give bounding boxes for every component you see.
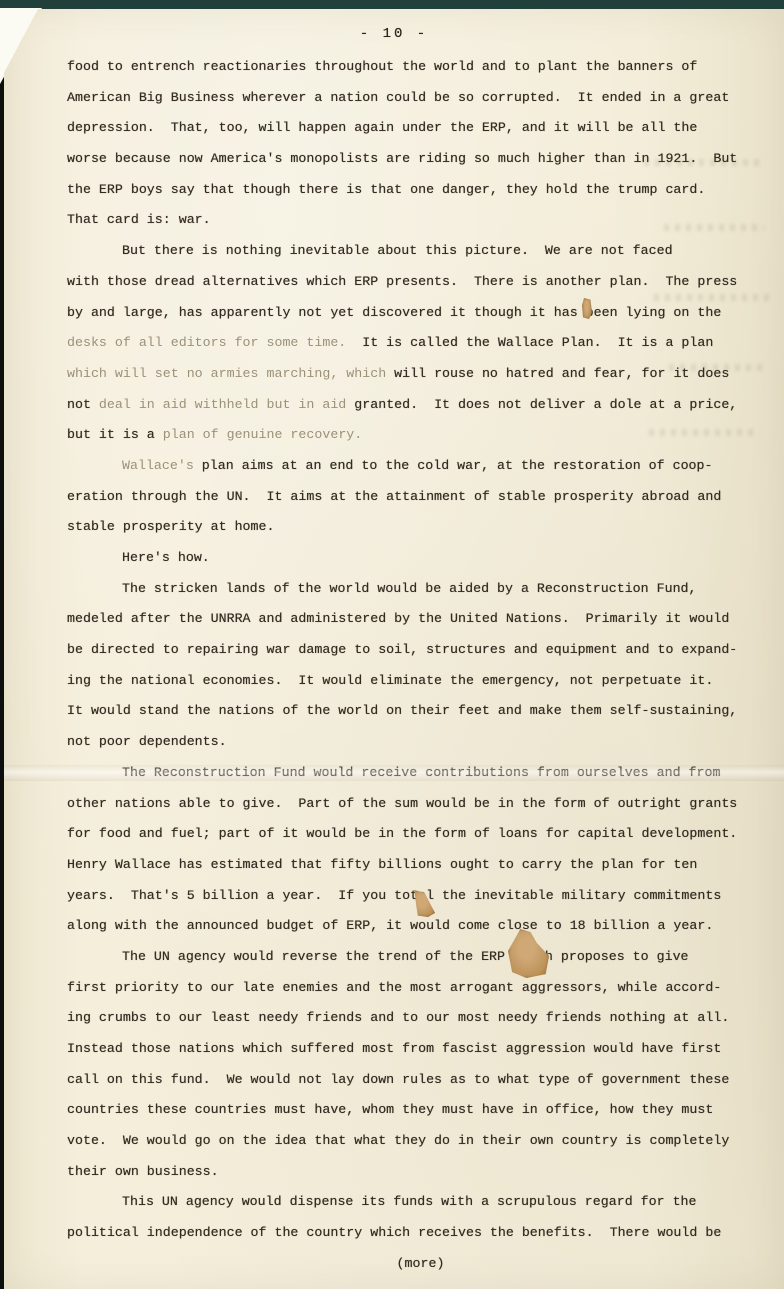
text-segment: It would stand the nations of the world …: [67, 703, 737, 718]
text-line: by and large, has apparently not yet dis…: [67, 305, 774, 336]
text-line: But there is nothing inevitable about th…: [67, 243, 774, 274]
text-line: desks of all editors for some time. It i…: [67, 335, 774, 366]
text-segment: call on this fund. We would not lay down…: [67, 1072, 729, 1087]
text-line: Wallace's plan aims at an end to the col…: [67, 458, 774, 489]
text-line: ing the national economies. It would eli…: [67, 673, 774, 704]
text-segment: The UN agency would reverse the trend of…: [122, 949, 689, 964]
text-segment: granted. It does not deliver a dole at a…: [346, 397, 737, 412]
text-line: This UN agency would dispense its funds …: [67, 1194, 774, 1225]
text-segment: Henry Wallace has estimated that fifty b…: [67, 857, 697, 872]
faded-text-segment: desks of all editors for some time.: [67, 335, 346, 350]
text-segment: The stricken lands of the world would be…: [122, 581, 697, 596]
text-segment: But there is nothing inevitable about th…: [122, 243, 673, 258]
text-line: other nations able to give. Part of the …: [67, 796, 774, 827]
text-line: be directed to repairing war damage to s…: [67, 642, 774, 673]
text-line: The stricken lands of the world would be…: [67, 581, 774, 612]
text-segment: It is called the Wallace Plan. It is a p…: [346, 335, 713, 350]
text-line: vote. We would go on the idea that what …: [67, 1133, 774, 1164]
text-line: but it is a plan of genuine recovery.: [67, 427, 774, 458]
text-segment: ing the national economies. It would eli…: [67, 673, 713, 688]
text-segment: eration through the UN. It aims at the a…: [67, 489, 721, 504]
text-segment: not: [67, 397, 99, 412]
text-segment: for food and fuel; part of it would be i…: [67, 826, 737, 841]
text-line: the ERP boys say that though there is th…: [67, 182, 774, 213]
scanner-top-strip: [0, 0, 784, 9]
text-segment: This UN agency would dispense its funds …: [122, 1194, 697, 1209]
text-segment: with those dread alternatives which ERP …: [67, 274, 737, 289]
text-segment: Here's how.: [122, 550, 210, 565]
text-segment: plan aims at an end to the cold war, at …: [194, 458, 713, 473]
page-number: - 10 -: [4, 26, 784, 42]
text-line: stable prosperity at home.: [67, 519, 774, 550]
faded-text-segment: deal in aid withheld but in aid: [99, 397, 346, 412]
text-segment: American Big Business wherever a nation …: [67, 90, 729, 105]
text-line: for food and fuel; part of it would be i…: [67, 826, 774, 857]
faded-text-segment: which will set no armies marching, which: [67, 366, 386, 381]
typewritten-lines: food to entrench reactionaries throughou…: [67, 59, 774, 1287]
typewritten-page: - 10 - food to entrench reactionaries th…: [4, 9, 784, 1289]
text-line: not deal in aid withheld but in aid gran…: [67, 397, 774, 428]
text-line: That card is: war.: [67, 212, 774, 243]
text-segment: food to entrench reactionaries throughou…: [67, 59, 697, 74]
text-segment: political independence of the country wh…: [67, 1225, 721, 1240]
text-segment: along with the announced budget of ERP, …: [67, 918, 713, 933]
text-line: with those dread alternatives which ERP …: [67, 274, 774, 305]
text-line: ing crumbs to our least needy friends an…: [67, 1010, 774, 1041]
text-line: Instead those nations which suffered mos…: [67, 1041, 774, 1072]
text-segment: other nations able to give. Part of the …: [67, 796, 737, 811]
text-segment: the ERP boys say that though there is th…: [67, 182, 705, 197]
text-segment: The Reconstruction Fund would receive co…: [122, 765, 720, 780]
faded-text-segment: plan of genuine recovery.: [163, 427, 363, 442]
text-segment: will rouse no hatred and fear, for it do…: [386, 366, 729, 381]
text-line: not poor dependents.: [67, 734, 774, 765]
text-segment: depression. That, too, will happen again…: [67, 120, 697, 135]
text-segment: their own business.: [67, 1164, 219, 1179]
text-segment: be directed to repairing war damage to s…: [67, 642, 737, 657]
text-line: first priority to our late enemies and t…: [67, 980, 774, 1011]
text-line: worse because now America's monopolists …: [67, 151, 774, 182]
text-segment: worse because now America's monopolists …: [67, 151, 737, 166]
text-line: which will set no armies marching, which…: [67, 366, 774, 397]
text-line: The Reconstruction Fund would receive co…: [67, 765, 774, 796]
text-line: along with the announced budget of ERP, …: [67, 918, 774, 949]
text-segment: by and large, has apparently not yet dis…: [67, 305, 721, 320]
text-line: Henry Wallace has estimated that fifty b…: [67, 857, 774, 888]
more-footer: (more): [67, 1256, 774, 1287]
text-segment: not poor dependents.: [67, 734, 227, 749]
text-segment: years. That's 5 billion a year. If you t…: [67, 888, 721, 903]
text-line: political independence of the country wh…: [67, 1225, 774, 1256]
text-segment: first priority to our late enemies and t…: [67, 980, 721, 995]
text-line: Here's how.: [67, 550, 774, 581]
text-segment: stable prosperity at home.: [67, 519, 274, 534]
faded-text-segment: Wallace's: [122, 458, 194, 473]
text-line: depression. That, too, will happen again…: [67, 120, 774, 151]
text-line: call on this fund. We would not lay down…: [67, 1072, 774, 1103]
text-segment: countries these countries must have, who…: [67, 1102, 713, 1117]
text-line: It would stand the nations of the world …: [67, 703, 774, 734]
text-segment: ing crumbs to our least needy friends an…: [67, 1010, 729, 1025]
text-line: American Big Business wherever a nation …: [67, 90, 774, 121]
text-line: their own business.: [67, 1164, 774, 1195]
text-segment: medeled after the UNRRA and administered…: [67, 611, 729, 626]
text-segment: That card is: war.: [67, 212, 211, 227]
text-segment: Instead those nations which suffered mos…: [67, 1041, 721, 1056]
text-line: eration through the UN. It aims at the a…: [67, 489, 774, 520]
text-segment: but it is a: [67, 427, 163, 442]
text-line: food to entrench reactionaries throughou…: [67, 59, 774, 90]
text-segment: vote. We would go on the idea that what …: [67, 1133, 729, 1148]
text-line: medeled after the UNRRA and administered…: [67, 611, 774, 642]
scanned-document-page: { "page": { "number_label": "- 10 -", "f…: [0, 0, 784, 1289]
text-line: The UN agency would reverse the trend of…: [67, 949, 774, 980]
text-line: countries these countries must have, who…: [67, 1102, 774, 1133]
